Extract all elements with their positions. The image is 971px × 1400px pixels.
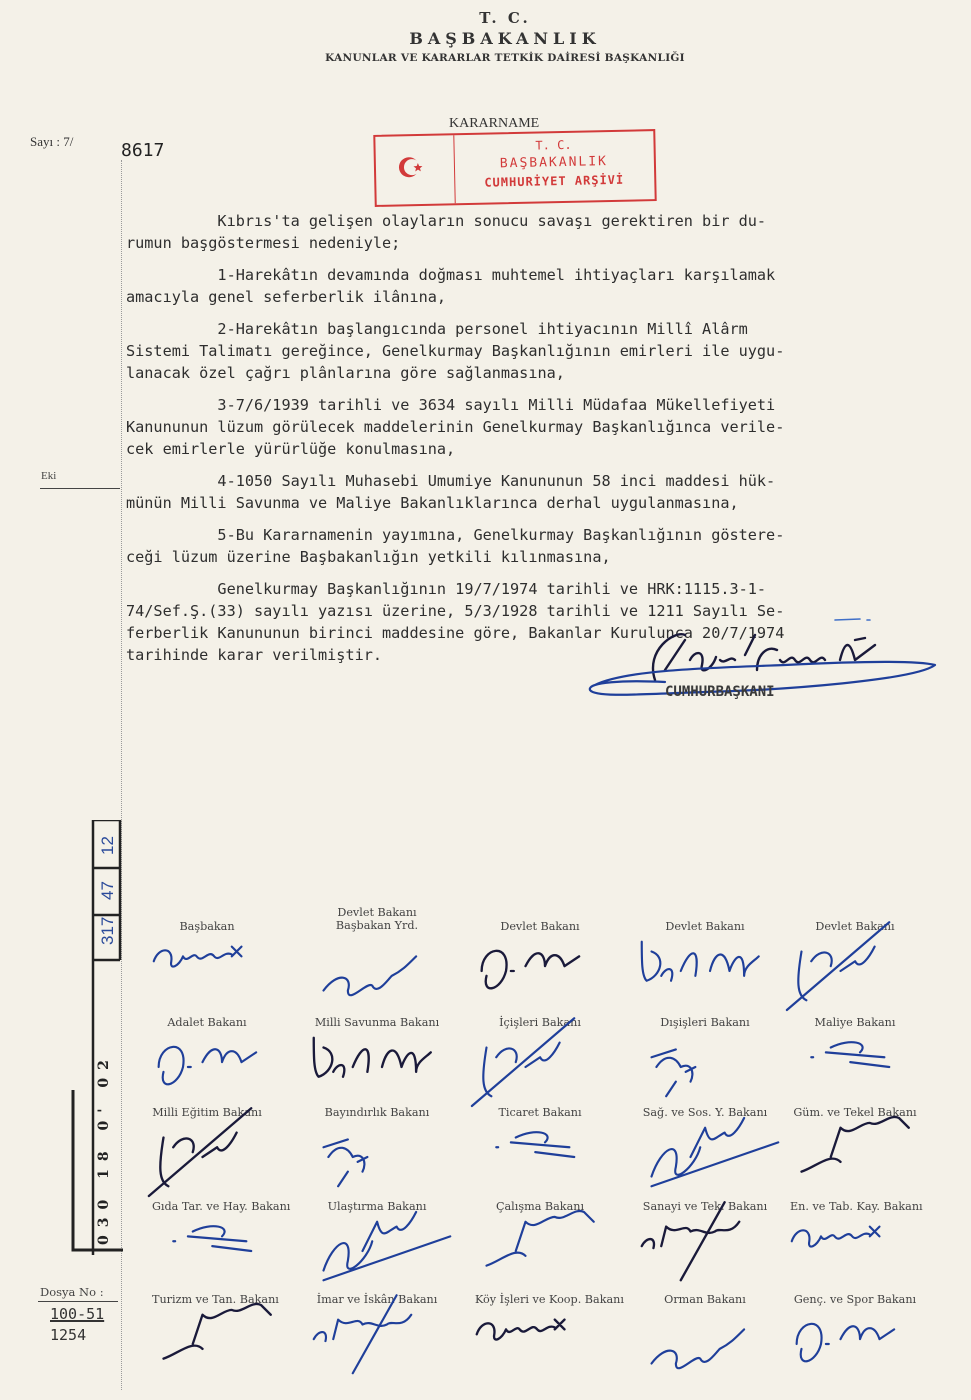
minister-signature: [302, 1118, 462, 1196]
archive-number-2: 47: [98, 881, 117, 900]
president-title: CUMHURBAŞKANI: [665, 684, 775, 700]
archive-number-3: 12: [98, 836, 117, 855]
stamp-line-1: T. C.: [455, 136, 651, 154]
sayi-value: 8617: [121, 140, 164, 161]
minister-title: Devlet BakanıBaşbakan Yrd.: [312, 906, 462, 932]
minister-signature: [142, 1028, 302, 1106]
minister-signature: [302, 1305, 462, 1383]
crescent-star-icon: [398, 154, 425, 181]
decree-body: Kıbrıs'ta gelişen olayların sonucu savaş…: [126, 210, 966, 676]
archive-number-1: 317: [98, 917, 117, 945]
header-institution: BAŞBAKANLIK: [0, 29, 971, 48]
minister-signature: [630, 1305, 790, 1383]
eki-label: Eki: [41, 470, 56, 482]
minister-signature: [302, 1212, 462, 1290]
stamp-line-2: BAŞBAKANLIK: [456, 153, 652, 172]
minister-signature: [465, 1305, 625, 1383]
document-type: KARARNAME: [449, 116, 539, 132]
minister-signature: [142, 1212, 302, 1290]
minister-signature: [142, 1118, 302, 1196]
minister-signature: [142, 932, 302, 1010]
eki-underline: [40, 488, 120, 489]
minister-signature: [465, 1118, 625, 1196]
minister-signature: [630, 1028, 790, 1106]
decree-paragraph: Kıbrıs'ta gelişen olayların sonucu savaş…: [126, 210, 966, 254]
minister-signature: [465, 932, 625, 1010]
header-tc: T. C.: [0, 9, 971, 27]
decree-paragraph: 3-7/6/1939 tarihli ve 3634 sayılı Milli …: [126, 394, 966, 460]
minister-signature: [780, 932, 940, 1010]
minister-signature: [142, 1305, 302, 1383]
archive-stamp: T. C. BAŞBAKANLIK CUMHURİYET ARŞİVİ: [373, 129, 656, 207]
minister-signature: [780, 1028, 940, 1106]
archive-code: 030 18 0' 02: [96, 1052, 112, 1245]
minister-signature: [780, 1118, 940, 1196]
sayi-label: Sayı : 7/: [30, 134, 73, 150]
minister-signature: [780, 1212, 940, 1290]
decree-paragraph: 2-Harekâtın başlangıcında personel ihtiy…: [126, 318, 966, 384]
decree-paragraph: 1-Harekâtın devamında doğması muhtemel i…: [126, 264, 966, 308]
dosya-label: Dosya No :: [40, 1285, 104, 1299]
decree-paragraph: 4-1050 Sayılı Muhasebi Umumiye Kanununun…: [126, 470, 966, 514]
dosya-underline: [38, 1301, 118, 1302]
minister-signature: [465, 1028, 625, 1106]
minister-signature: [302, 1028, 462, 1106]
minister-signature: [630, 932, 790, 1010]
archive-reference-box: 317 47 12 030 18 0' 02: [68, 820, 123, 1255]
dosya-number-2: 1254: [50, 1326, 86, 1344]
minister-signature: [780, 1305, 940, 1383]
minister-signature: [465, 1212, 625, 1290]
dosya-number-1: 100-51: [50, 1305, 104, 1323]
stamp-line-3: CUMHURİYET ARŞİVİ: [456, 172, 652, 190]
minister-signature: [630, 1212, 790, 1290]
minister-signature: [630, 1118, 790, 1196]
header-department: KANUNLAR VE KARARLAR TETKİK DAİRESİ BAŞK…: [0, 52, 971, 64]
minister-signature: [302, 932, 462, 1010]
decree-paragraph: 5-Bu Kararnamenin yayımına, Genelkurmay …: [126, 524, 966, 568]
